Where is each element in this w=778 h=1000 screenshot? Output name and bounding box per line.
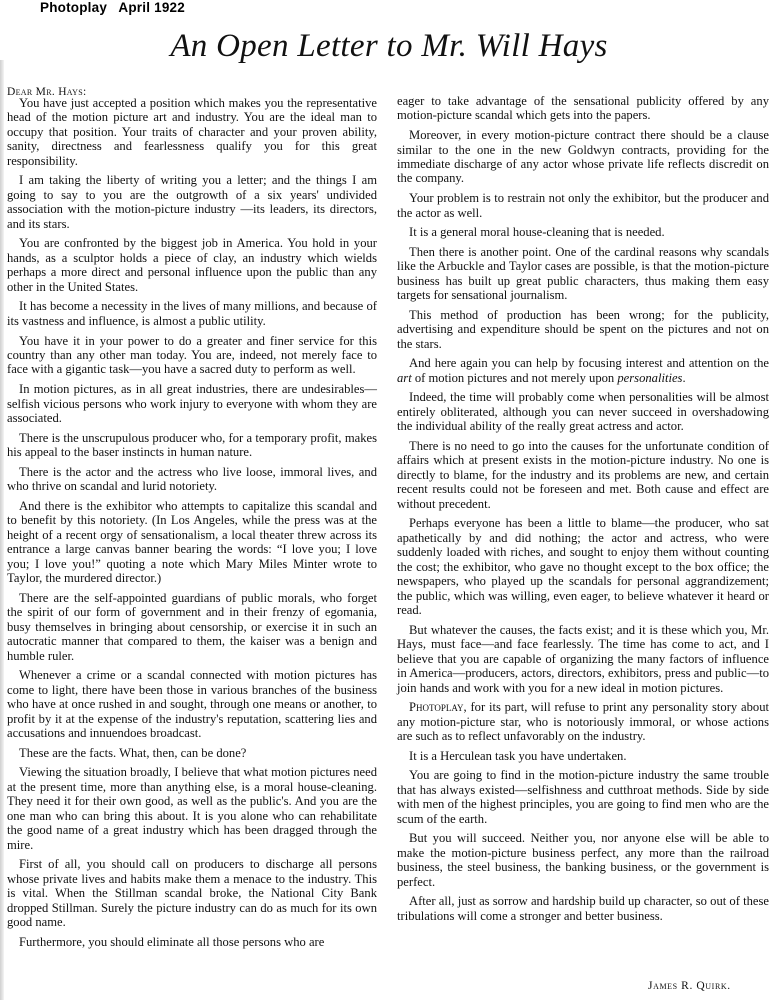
emphasis-personalities: personalities [617, 371, 682, 385]
paragraph: You have it in your power to do a greate… [7, 334, 377, 377]
paragraph-photoplay: Photoplay, for its part, will refuse to … [397, 700, 769, 743]
paragraph: These are the facts. What, then, can be … [7, 746, 377, 760]
paragraph: There is the unscrupulous producer who, … [7, 431, 377, 460]
paragraph: Then there is another point. One of the … [397, 245, 769, 303]
text-run: of motion pictures and not merely upon [412, 371, 618, 385]
paragraph: But whatever the causes, the facts exist… [397, 623, 769, 695]
paragraph: You are confronted by the biggest job in… [7, 236, 377, 294]
paragraph: Furthermore, you should eliminate all th… [7, 935, 377, 949]
masthead: Photoplay April 1922 [40, 0, 185, 15]
scan-edge [0, 60, 4, 1000]
page-title: An Open Letter to Mr. Will Hays [0, 28, 778, 65]
publication-name: Photoplay [409, 700, 464, 714]
paragraph: But you will succeed. Neither you, nor a… [397, 831, 769, 889]
paragraph: In motion pictures, as in all great indu… [7, 382, 377, 425]
paragraph: Moreover, in every motion-picture contra… [397, 128, 769, 186]
paragraph: You are going to find in the motion-pict… [397, 768, 769, 826]
emphasis-art: art [397, 371, 412, 385]
paragraph: It has become a necessity in the lives o… [7, 299, 377, 328]
paragraph: Indeed, the time will probably come when… [397, 390, 769, 433]
text-run: . [682, 371, 685, 385]
paragraph: And there is the exhibitor who attempts … [7, 499, 377, 586]
text-run: And here again you can help by focusing … [409, 356, 769, 370]
paragraph: It is a general moral house-cleaning tha… [397, 225, 769, 239]
signature: James R. Quirk. [648, 980, 731, 992]
right-column: eager to take advantage of the sensation… [397, 94, 769, 929]
paragraph: First of all, you should call on produce… [7, 857, 377, 929]
paragraph-art: And here again you can help by focusing … [397, 356, 769, 385]
paragraph: This method of production has been wrong… [397, 308, 769, 351]
paragraph: Perhaps everyone has been a little to bl… [397, 516, 769, 617]
paragraph: There is the actor and the actress who l… [7, 465, 377, 494]
paragraph: You have just accepted a position which … [7, 96, 377, 168]
left-column: You have just accepted a position which … [7, 96, 377, 954]
paragraph: It is a Herculean task you have undertak… [397, 749, 769, 763]
continued-paragraph: eager to take advantage of the sensation… [397, 94, 769, 123]
paragraph: After all, just as sorrow and hardship b… [397, 894, 769, 923]
paragraph: Viewing the situation broadly, I believe… [7, 765, 377, 852]
paragraph: There is no need to go into the causes f… [397, 439, 769, 511]
paragraph: Your problem is to restrain not only the… [397, 191, 769, 220]
paragraph: I am taking the liberty of writing you a… [7, 173, 377, 231]
paragraph: Whenever a crime or a scandal connected … [7, 668, 377, 740]
paragraph: There are the self-appointed guardians o… [7, 591, 377, 663]
